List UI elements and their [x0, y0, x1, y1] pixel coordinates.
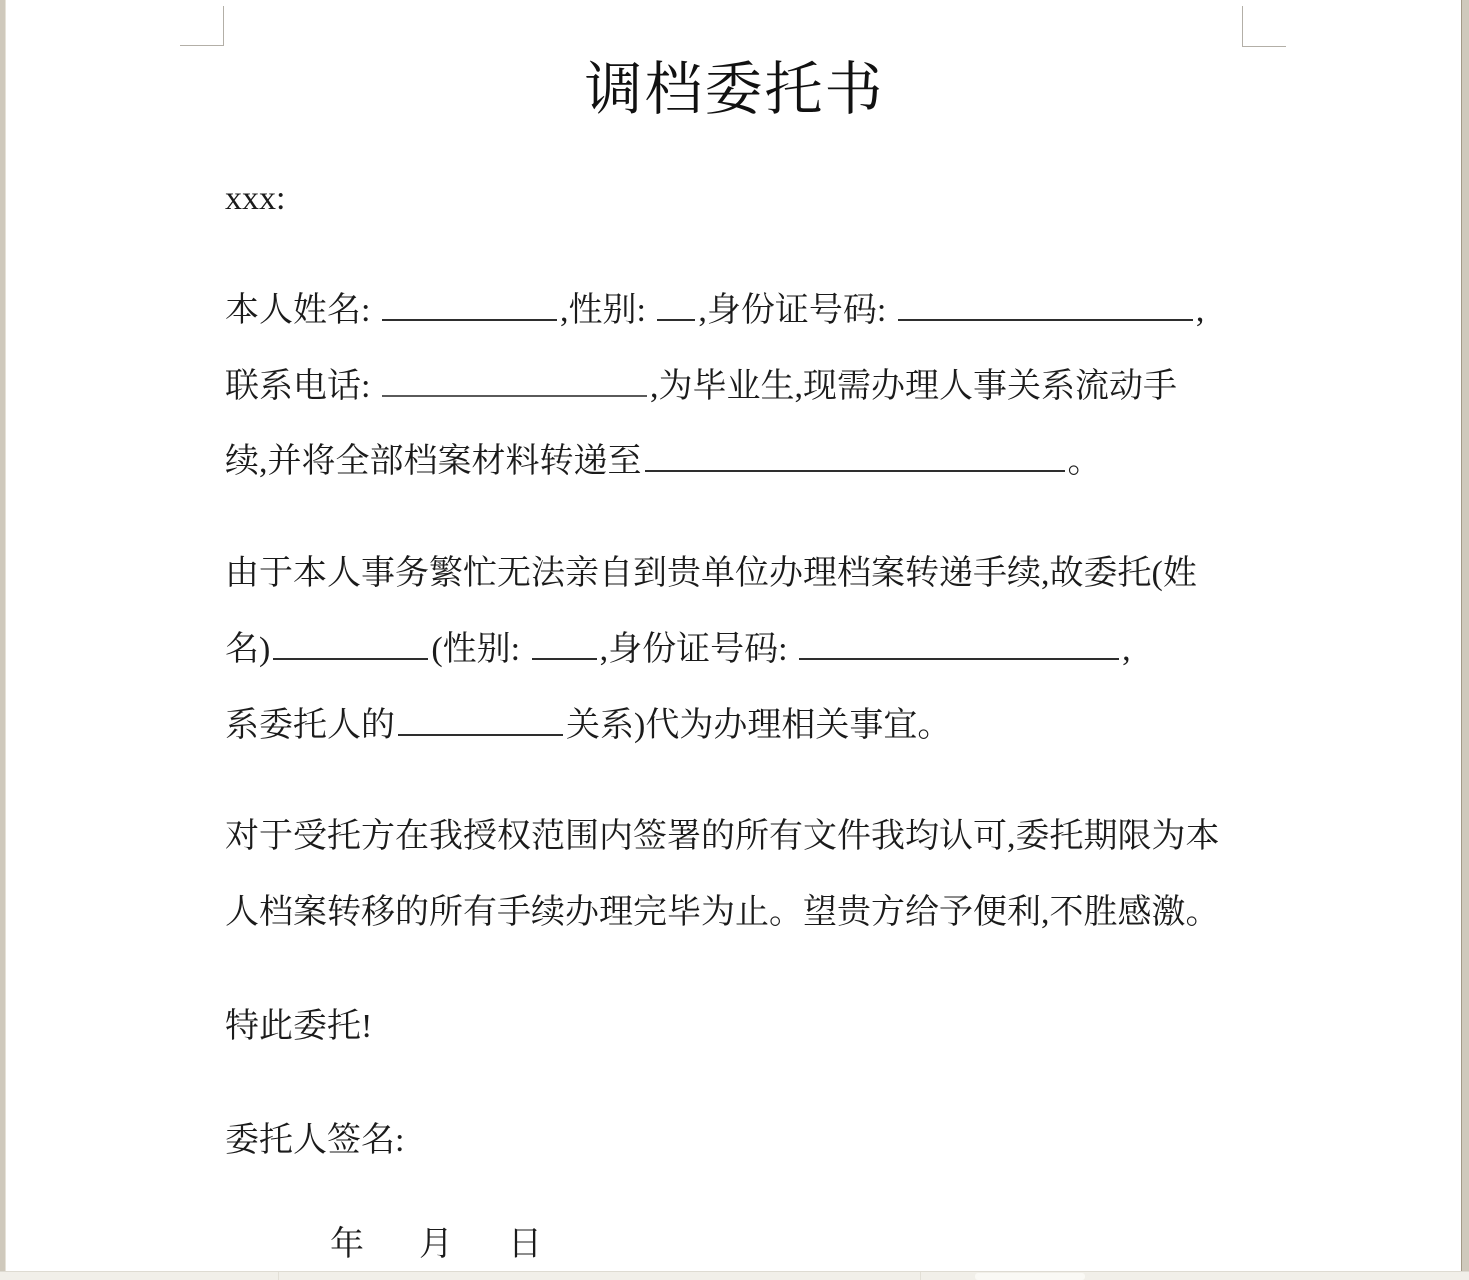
gender-label: ,性别: — [560, 292, 654, 329]
p1-line2-text: ,为毕业生,现需办理人事关系流动手 — [650, 368, 1177, 405]
p3-line2-text: 人档案转移的所有手续办理完毕为止。望贵方给予便利,不胜感激。 — [225, 894, 1220, 931]
bottom-bar-divider — [920, 1272, 921, 1280]
bottom-bar-divider — [278, 1272, 279, 1280]
document-title: 调档委托书 — [0, 42, 1469, 126]
phone-label: 联系电话: — [225, 368, 379, 405]
window-left-edge — [0, 0, 6, 1280]
id-number-blank — [898, 291, 1193, 321]
agent-name-label: 名) — [225, 631, 270, 668]
agent-id-label: ,身份证号码: — [600, 631, 796, 668]
closing-text: 特此委托! — [225, 1008, 372, 1045]
p2-line3: 系委托人的关系)代为办理相关事宜。 — [225, 705, 1285, 747]
day-label: 日 — [508, 1226, 542, 1263]
p1-line3-period: 。 — [1068, 443, 1102, 480]
p1-line1: 本人姓名: ,性别: ,身份证号码: , — [225, 290, 1285, 332]
id-number-label: ,身份证号码: — [698, 292, 894, 329]
signature-line: 委托人签名: — [225, 1120, 1285, 1162]
agent-gender-blank — [532, 630, 597, 660]
transfer-destination-label: 续,并将全部档案材料转递至 — [225, 443, 642, 480]
p1-line3: 续,并将全部档案材料转递至。 — [225, 441, 1285, 483]
p2-line2-comma: , — [1122, 631, 1131, 668]
p2-line1-text: 由于本人事务繁忙无法亲自到贵单位办理档案转递手续,故委托(姓 — [225, 555, 1197, 592]
year-label: 年 — [330, 1226, 364, 1263]
p1-line1-comma: , — [1196, 292, 1205, 329]
agent-gender-label: (性别: — [431, 631, 528, 668]
date-line: 年月日 — [225, 1224, 1285, 1266]
agent-id-blank — [799, 630, 1119, 660]
margin-cropmark-top-left — [180, 6, 224, 46]
signature-label: 委托人签名: — [225, 1122, 404, 1159]
gender-blank — [657, 291, 695, 321]
agent-name-blank — [273, 630, 428, 660]
closing-line: 特此委托! — [225, 1006, 1285, 1048]
name-blank — [382, 291, 557, 321]
p2-line2: 名)(性别: ,身份证号码: , — [225, 629, 1285, 671]
p3-line1-text: 对于受托方在我授权范围内签署的所有文件我均认可,委托期限为本 — [225, 818, 1220, 855]
p3-line1: 对于受托方在我授权范围内签署的所有文件我均认可,委托期限为本 — [225, 816, 1285, 858]
salutation-text: xxx: — [225, 180, 285, 217]
window-right-edge — [1461, 0, 1469, 1280]
name-label: 本人姓名: — [225, 292, 379, 329]
p2-line1: 由于本人事务繁忙无法亲自到贵单位办理档案转递手续,故委托(姓 — [225, 553, 1285, 595]
scrollbar-thumb[interactable] — [975, 1273, 1085, 1280]
p2-line3-text: 关系)代为办理相关事宜。 — [566, 707, 951, 744]
p3-line2: 人档案转移的所有手续办理完毕为止。望贵方给予便利,不胜感激。 — [225, 892, 1285, 934]
relationship-blank — [398, 706, 563, 736]
document-page[interactable]: 调档委托书 xxx: 本人姓名: ,性别: ,身份证号码: , 联系电话: ,为… — [0, 0, 1469, 1280]
month-label: 月 — [419, 1226, 453, 1263]
bottom-scrollbar[interactable] — [0, 1271, 1469, 1280]
transfer-destination-blank — [645, 442, 1065, 472]
margin-cropmark-top-right — [1242, 6, 1286, 47]
salutation-line: xxx: — [225, 178, 1285, 220]
p1-line2: 联系电话: ,为毕业生,现需办理人事关系流动手 — [225, 366, 1285, 408]
phone-blank — [382, 367, 647, 397]
relationship-label: 系委托人的 — [225, 707, 395, 744]
